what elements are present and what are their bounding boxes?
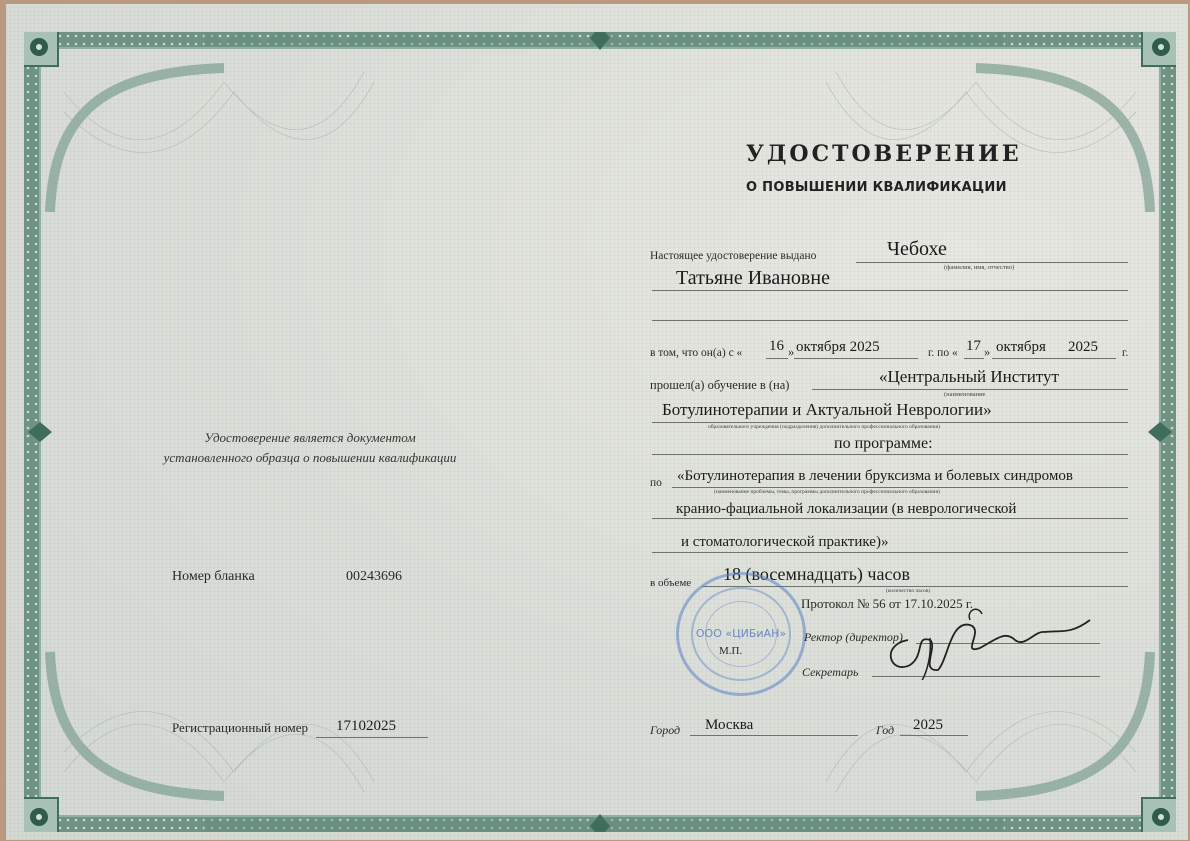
year-label: Год — [876, 723, 894, 738]
end-day-line — [964, 358, 984, 359]
hours-caption: (количество часов) — [886, 588, 930, 594]
end-year: 2025 — [1068, 339, 1098, 356]
document-subtitle: О ПОВЫШЕНИИ КВАЛИФИКАЦИИ — [746, 180, 1007, 195]
program-name-line-1: «Ботулинотерапия в лечении бруксизма и б… — [677, 468, 1073, 485]
recipient-name-patronymic: Татьяне Ивановне — [676, 267, 830, 290]
program-caption: (наименование проблемы, темы, программы … — [714, 489, 940, 495]
recipient-surname: Чебохе — [887, 238, 947, 261]
registration-number-label: Регистрационный номер — [172, 720, 308, 736]
program-line-2 — [652, 518, 1128, 519]
start-day: 16 — [769, 338, 784, 355]
end-month: октября — [996, 339, 1046, 356]
institution-line-1 — [812, 389, 1128, 390]
document-status-note: Удостоверение является документом устано… — [120, 428, 500, 468]
surname-line — [856, 262, 1128, 263]
blank-line — [652, 320, 1128, 321]
document-title: УДОСТОВЕРЕНИЕ — [746, 141, 1022, 167]
seal-place-label: М.П. — [719, 645, 742, 657]
program-prefix: по — [650, 477, 662, 489]
end-day: 17 — [966, 338, 981, 355]
program-line-1 — [672, 487, 1128, 488]
start-day-line — [766, 358, 788, 359]
institution-name-line-1: «Центральный Институт — [879, 367, 1059, 387]
period-label: в том, что он(а) с « — [650, 347, 742, 359]
note-line-2: установленного образца о повышении квали… — [120, 448, 500, 468]
quote-close-2: » — [984, 345, 990, 360]
fio-caption: (фамилия, имя, отчество) — [944, 264, 1014, 271]
city-value: Москва — [705, 717, 753, 734]
note-line-1: Удостоверение является документом — [120, 428, 500, 448]
institution-name-line-2: Ботулинотерапии и Актуальной Неврологии» — [662, 400, 992, 420]
program-heading: по программе: — [834, 435, 933, 453]
registration-number-line — [316, 737, 428, 738]
organization-stamp: ООО «ЦИБиАН» — [676, 572, 806, 696]
program-name-line-2: кранио-фациальной локализации (в невроло… — [676, 501, 1016, 518]
name-caption: (наименование — [944, 391, 985, 398]
year-line — [900, 735, 968, 736]
program-line-3 — [652, 552, 1128, 553]
institution-caption: образовательного учреждения (подразделен… — [708, 424, 940, 430]
registration-number-value: 17102025 — [336, 718, 396, 735]
studied-at-label: прошел(а) обучение в (на) — [650, 378, 789, 393]
to-label: г. по « — [928, 347, 958, 359]
blank-number-label: Номер бланка — [172, 569, 255, 585]
institution-line-2 — [652, 422, 1128, 423]
name-line — [652, 290, 1128, 291]
stamp-org-name: ООО «ЦИБиАН» — [679, 627, 803, 640]
city-line — [690, 735, 858, 736]
program-heading-line — [652, 454, 1128, 455]
program-name-line-3: и стоматологической практике)» — [681, 534, 888, 551]
year-suffix: г. — [1122, 347, 1128, 359]
end-month-line — [992, 358, 1116, 359]
rector-signature — [820, 600, 1100, 680]
city-label: Город — [650, 723, 680, 738]
volume-label: в объеме — [650, 577, 691, 589]
issued-to-label: Настоящее удостоверение выдано — [650, 250, 816, 262]
blank-number-value: 00243696 — [346, 569, 402, 585]
start-month-line — [794, 358, 918, 359]
year-value: 2025 — [913, 717, 943, 734]
start-month-year: октября 2025 — [796, 339, 880, 356]
